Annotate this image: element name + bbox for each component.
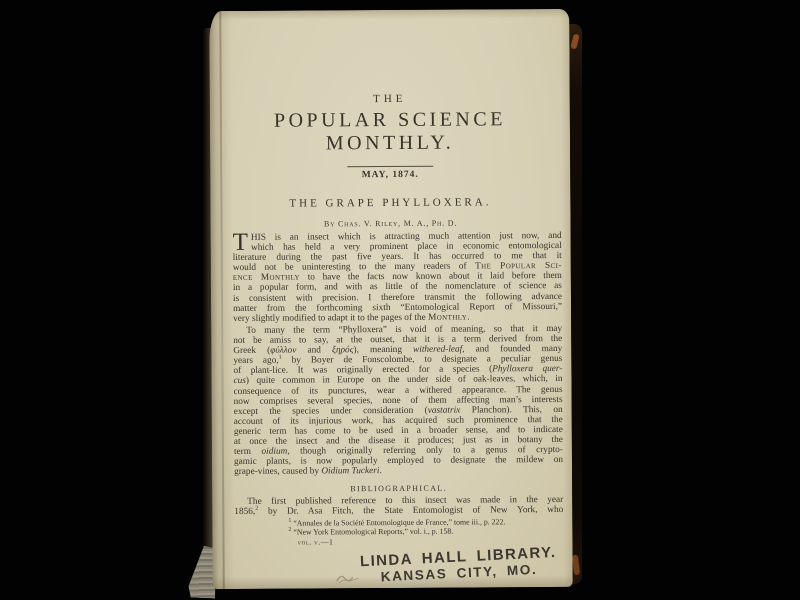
magazine-title: POPULAR SCIENCE MONTHLY. (210, 108, 570, 156)
magazine-title-line1: POPULAR SCIENCE (210, 108, 570, 133)
masthead-kicker: THE (210, 92, 570, 106)
article-title: THE GRAPE PHYLLOXERA. (210, 196, 570, 210)
section-heading: BIBLIOGRAPHICAL. (234, 483, 563, 494)
volume-signature-mark: vol. v.—1 (297, 537, 333, 546)
article-byline: By Chas. V. Riley, M. A., Ph. D. (211, 218, 571, 229)
paragraph-phylloxera-term: To many the term “Phylloxera” is void of… (233, 324, 563, 477)
issue-date-rule (347, 166, 433, 168)
issue-date: MAY, 1874. (210, 169, 570, 181)
paragraph-bibliographical: The first published reference to this in… (234, 495, 563, 517)
paragraph-intro: T HIS is an insect which is attracting m… (233, 231, 563, 324)
book-page: THE POPULAR SCIENCE MONTHLY. MAY, 1874. … (209, 9, 573, 589)
pencil-smudge-mark (335, 569, 361, 585)
drop-cap: T (233, 233, 248, 252)
library-stamp: LINDA HALL LIBRARY. KANSAS CITY, MO. (330, 543, 587, 586)
magazine-title-line2: MONTHLY. (210, 131, 570, 156)
book-photo: { "colors": { "background": "#020202", "… (0, 0, 800, 600)
paragraph-intro-lines: HIS is an insect which is attracting muc… (233, 231, 563, 324)
footnotes: 1 “Annales de la Société Entomologique d… (234, 517, 563, 538)
